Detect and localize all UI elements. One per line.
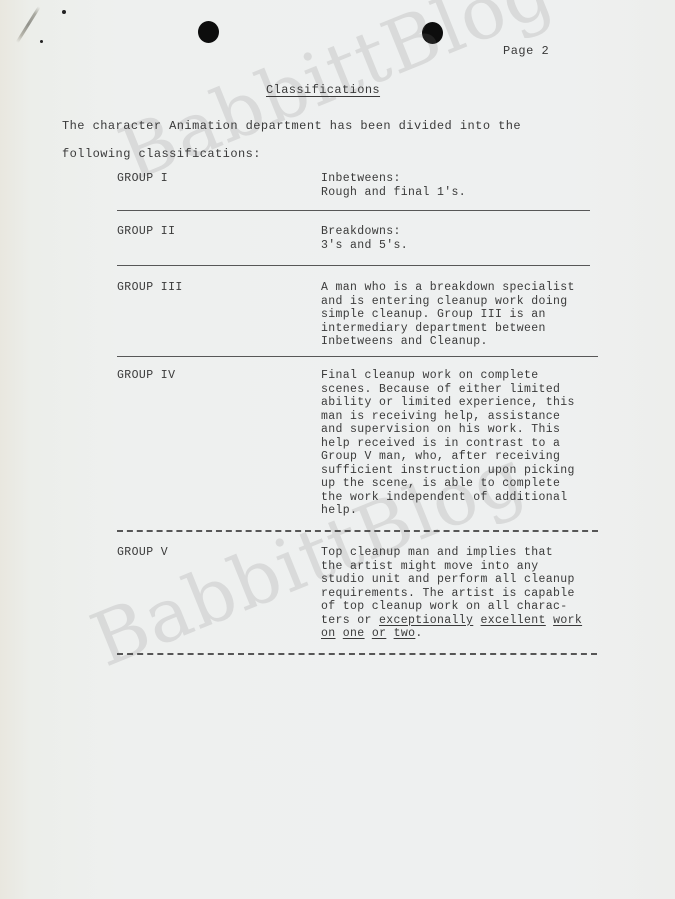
group-description: Final cleanup work on complete scenes. B… [321, 369, 621, 518]
underlined-word: on [321, 627, 336, 640]
classification-row-group-4: GROUP IV Final cleanup work on complete … [117, 369, 599, 521]
group-description: A man who is a breakdown specialist and … [321, 281, 621, 349]
staple-mark [16, 6, 41, 43]
divider-rule [117, 356, 598, 357]
divider-rule [117, 653, 597, 655]
classification-row-group-3: GROUP III A man who is a breakdown speci… [117, 281, 599, 351]
staple-hole [62, 10, 66, 14]
group-label: GROUP I [117, 172, 168, 185]
group-description-end: . [415, 627, 422, 640]
divider-rule [117, 530, 598, 532]
punch-hole-left [198, 21, 219, 43]
underlined-word: excellent [481, 614, 546, 627]
underlined-word: two [394, 627, 416, 640]
underlined-word: work [553, 614, 582, 627]
punch-hole-right [422, 22, 443, 44]
underlined-word: exceptionally [379, 614, 473, 627]
group-label: GROUP V [117, 546, 168, 559]
document-title: Classifications [266, 83, 380, 97]
watermark: BabbittBlog [108, 0, 564, 198]
group-label: GROUP II [117, 225, 175, 238]
group-label: GROUP IV [117, 369, 175, 382]
intro-paragraph: The character Animation department has b… [62, 112, 582, 168]
page-number: Page 2 [503, 44, 549, 58]
group-description: Breakdowns: 3's and 5's. [321, 225, 621, 252]
staple-hole [40, 40, 43, 43]
classification-row-group-2: GROUP II Breakdowns: 3's and 5's. [117, 225, 599, 257]
intro-line: following classifications: [62, 140, 582, 168]
classification-row-group-5: GROUP V Top cleanup man and implies that… [117, 546, 599, 646]
group-label: GROUP III [117, 281, 183, 294]
intro-line: The character Animation department has b… [62, 112, 582, 140]
underlined-word: one [343, 627, 365, 640]
classification-row-group-1: GROUP I Inbetweens: Rough and final 1's. [117, 172, 599, 204]
document-page: BabbittBlog BabbittBlog Page 2 Classific… [0, 0, 675, 899]
underlined-word: or [372, 627, 387, 640]
divider-rule [117, 265, 590, 266]
group-description: Top cleanup man and implies that the art… [321, 546, 621, 641]
group-description: Inbetweens: Rough and final 1's. [321, 172, 621, 199]
divider-rule [117, 210, 590, 211]
